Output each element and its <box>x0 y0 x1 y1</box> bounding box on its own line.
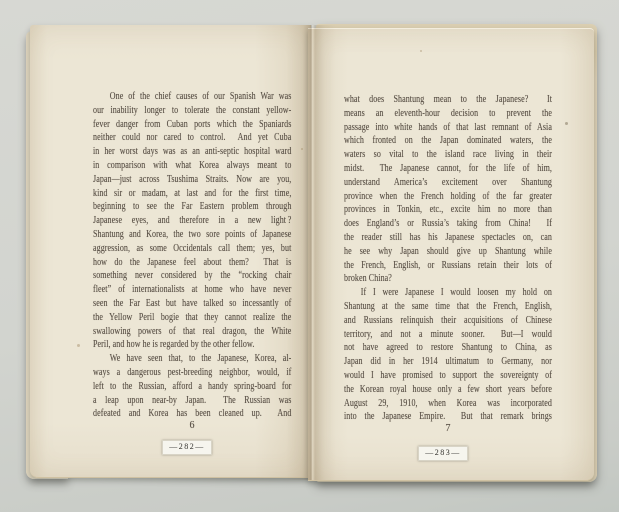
text-line: ways a dangerous pest-breeding neighbor,… <box>93 366 291 380</box>
text-line: Japanese eyes, and therefore in a new li… <box>93 214 291 228</box>
text-line: neither could nor cared to control. And … <box>93 131 291 145</box>
text-line: how do the Japanese feel about them? Tha… <box>93 256 291 270</box>
text-line: One of the chief causes of our Spanish W… <box>93 90 291 104</box>
text-line: fleet” of internationalists at home who … <box>93 283 291 297</box>
text-line: our inability longer to tolerate the con… <box>93 104 291 118</box>
text-line: the Korean royal house only a few short … <box>344 383 552 397</box>
text-line: waters so vital to the island race livin… <box>344 148 552 162</box>
foxing-spot <box>565 122 568 125</box>
text-line: understand America’s excitement over Sha… <box>344 176 552 190</box>
foxing-spot <box>420 50 422 52</box>
text-line: broken China? <box>344 272 552 286</box>
text-line: beginning to see the Far Eastern problem… <box>93 200 291 214</box>
text-line: Japan did in her 1914 ultimatum to Germa… <box>344 355 552 369</box>
left-page-number: 6 <box>93 420 291 431</box>
text-line: a leap upon near-by Japan. The Russian w… <box>93 394 291 408</box>
text-line: midst. The Japanese cannot, for the life… <box>344 162 552 176</box>
text-line: kind sir or madam, at last and for the f… <box>93 187 291 201</box>
foxing-spot <box>301 148 303 150</box>
text-line: We have seen that, to the Japanese, Kore… <box>93 352 291 366</box>
text-line: If I were Japanese I would loosen my hol… <box>344 286 552 300</box>
text-line: he see why Japan should give up Shantung… <box>344 245 552 259</box>
foxing-spot <box>77 344 80 347</box>
left-page-text: One of the chief causes of our Spanish W… <box>93 90 291 421</box>
text-line: passage into white hands of that last re… <box>344 121 552 135</box>
text-line: does England’s or Russia’s taking from C… <box>344 217 552 231</box>
text-line: the Yellow Peril bogie that they cannot … <box>93 311 291 325</box>
text-line: the reader still has his Japanese specta… <box>344 231 552 245</box>
text-line: swallowing powers of that real dragon, t… <box>93 325 291 339</box>
text-line: Japan—just across Tsushima Straits. Now … <box>93 173 291 187</box>
right-page-text: what does Shantung mean to the Japanese?… <box>344 93 552 424</box>
text-line: something never considered by the “rocki… <box>93 269 291 283</box>
text-line: in comparison with what Korea always mea… <box>93 159 291 173</box>
text-line: what does Shantung mean to the Japanese?… <box>344 93 552 107</box>
photo-background: One of the chief causes of our Spanish W… <box>0 0 619 512</box>
text-line: fever danger from Cuban ports which the … <box>93 118 291 132</box>
right-page-number: 7 <box>344 423 552 434</box>
foxing-spot <box>497 388 499 390</box>
left-edge-label: —282— <box>162 440 212 455</box>
text-line: not have agreed to restore Shantung to C… <box>344 341 552 355</box>
text-line: provinces in Tonkin, etc., excite him no… <box>344 203 552 217</box>
text-line: Peril, and how he is regarded by the oth… <box>93 338 291 352</box>
text-line: in her worst days was as an anti-septic … <box>93 145 291 159</box>
text-line: aggression, as some Occidentals call the… <box>93 242 291 256</box>
text-line: Shantung and Korea, the two sore points … <box>93 228 291 242</box>
text-line: left to the Russian, afford a handy spri… <box>93 380 291 394</box>
text-line: which fronted on the Japan dominated wat… <box>344 134 552 148</box>
text-line: Shantung at the same time that the Frenc… <box>344 300 552 314</box>
text-line: means an eleventh-hour decision to preve… <box>344 107 552 121</box>
text-line: territory, and not a minute sooner. But—… <box>344 328 552 342</box>
right-edge-label: —283— <box>418 446 468 461</box>
text-line: and Russians relinquish their acquisitio… <box>344 314 552 328</box>
text-line: seen the Far East but have talked so inc… <box>93 297 291 311</box>
text-line: the French, English, or Russians retain … <box>344 259 552 273</box>
text-line: August 29, 1910, when Korea was incorpor… <box>344 397 552 411</box>
text-line: would I have promised to support the sov… <box>344 369 552 383</box>
text-line: province when the French holding of the … <box>344 190 552 204</box>
